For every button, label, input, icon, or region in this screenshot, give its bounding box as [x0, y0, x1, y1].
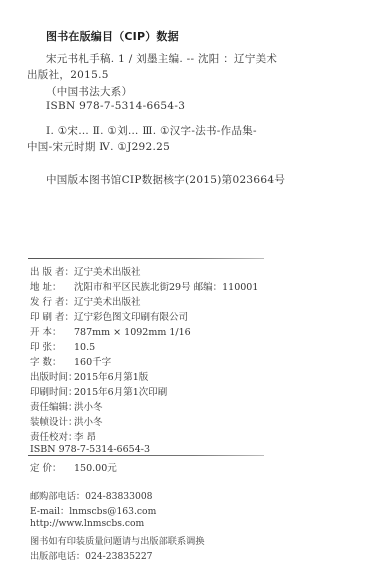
cip-classification: Ⅰ. ①宋… Ⅱ. ①刘… Ⅲ. ①汉字-法书-作品集-: [46, 123, 257, 138]
cip-line: （中国书法大系）: [46, 84, 132, 99]
cip-classification-cont: 中国-宋元时期 Ⅳ. ①J292.25: [27, 139, 170, 154]
colophon-row-distributor: 发 行 者：辽宁美术出版社: [30, 294, 141, 308]
publishing-dept-phone: 出版部电话：024-23835227: [30, 548, 153, 562]
bottom-divider: [28, 455, 264, 456]
colophon-row-proofreader: 责任校对：李 昂: [30, 429, 96, 443]
cip-record-number: 中国版本图书馆CIP数据核字(2015)第023664号: [46, 172, 285, 187]
colophon-row-publish-date: 出版时间：2015年6月第1版: [30, 369, 148, 383]
cip-line: 出版社，2015.5: [27, 67, 109, 82]
mail-order-phone: 邮购部电话：024-83833008: [30, 488, 153, 502]
cip-line: 宋元书札手稿. 1 / 刘墨主编. -- 沈阳 ：辽宁美术: [46, 51, 277, 66]
colophon-row-isbn: ISBN 978-7-5314-6654-3: [30, 444, 150, 455]
cip-isbn: ISBN 978-7-5314-6654-3: [46, 100, 185, 112]
colophon-row-designer: 装帧设计：洪小冬: [30, 414, 103, 428]
colophon-row-printer: 印 刷 者：辽宁彩色图文印刷有限公司: [30, 309, 188, 323]
colophon-row-word-count: 字 数：160千字: [30, 354, 111, 368]
colophon-row-format: 开 本：787mm × 1092mm 1/16: [30, 324, 191, 338]
colophon-row-publisher: 出 版 者：辽宁美术出版社: [30, 264, 141, 278]
top-divider: [28, 258, 264, 259]
website-url: http://www.lnmscbs.com: [30, 518, 144, 529]
colophon-row-editor: 责任编辑：洪小冬: [30, 399, 103, 413]
colophon-row-sheets: 印 张：10.5: [30, 339, 95, 353]
email-address: E-mail：lnmscbs@163.com: [30, 503, 156, 517]
cip-title: 图书在版编目（CIP）数据: [46, 28, 179, 44]
colophon-row-price: 定 价：150.00元: [30, 460, 117, 474]
colophon-row-print-date: 印刷时间：2015年6月第1次印刷: [30, 384, 167, 398]
quality-notice: 图书如有印装质量问题请与出版部联系调换: [30, 533, 205, 547]
colophon-row-address: 地 址：沈阳市和平区民族北街29号 邮编：110001: [30, 279, 258, 293]
